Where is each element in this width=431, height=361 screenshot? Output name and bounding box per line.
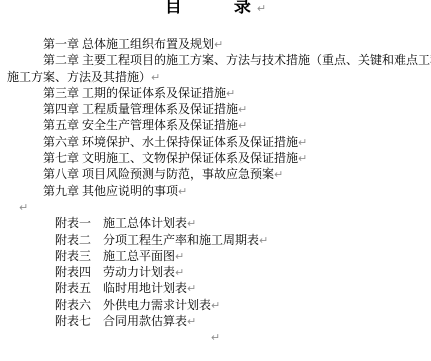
paragraph-mark-icon: ↵ (211, 299, 220, 312)
toc-line[interactable]: 附表五 临时用地计划表↵ (0, 280, 431, 296)
toc-line[interactable]: 第一章 总体施工组织布置及规划↵ (0, 36, 431, 52)
toc-line[interactable]: 附表三 施工总平面图↵ (0, 248, 431, 264)
toc-line[interactable]: 施工方案、方法及其措施）↵ (0, 69, 431, 85)
toc-line-text: 第四章 工程质量管理体系及保证措施 (43, 102, 238, 116)
toc-line-text: 第七章 文明施工、文物保护保证体系及保证措施 (43, 151, 298, 165)
toc-line[interactable]: 附表四 劳动力计划表↵ (0, 264, 431, 280)
paragraph-mark-icon: ↵ (151, 71, 160, 84)
toc-line[interactable]: 第五章 安全生产管理体系及保证措施↵ (0, 117, 431, 133)
paragraph-mark-icon: ↵ (211, 331, 220, 344)
paragraph-mark-icon: ↵ (257, 2, 266, 15)
document-page: 目 录↵ 第一章 总体施工组织布置及规划↵第二章 主要工程项目的施工方案、方法与… (0, 0, 431, 361)
toc-line-text: 第三章 工期的保证体系及保证措施 (43, 86, 226, 100)
toc-line-text: 附表七 合同用款估算表 (55, 314, 187, 328)
toc-line[interactable]: 第九章 其他应说明的事项↵ (0, 183, 431, 199)
paragraph-mark-icon: ↵ (214, 38, 223, 51)
toc-line-text: 第五章 安全生产管理体系及保证措施 (43, 118, 238, 132)
paragraph-mark-icon: ↵ (238, 119, 247, 132)
toc-line-text: 第二章 主要工程项目的施工方案、方法与技术措施（重点、关键和难点工程的 (43, 53, 431, 67)
toc-line[interactable]: 第八章 项目风险预测与防范，事故应急预案↵ (0, 166, 431, 182)
toc-line[interactable]: 第二章 主要工程项目的施工方案、方法与技术措施（重点、关键和难点工程的 (0, 52, 431, 68)
paragraph-mark-icon: ↵ (298, 152, 307, 165)
toc-line[interactable]: 附表二 分项工程生产率和施工周期表↵ (0, 232, 431, 248)
paragraph-mark-icon: ↵ (298, 136, 307, 149)
document-title[interactable]: 目 录↵ (0, 0, 431, 17)
paragraph-mark-icon: ↵ (19, 201, 28, 214)
toc-line-text: 第九章 其他应说明的事项 (43, 184, 178, 198)
toc-line-text: 附表六 外供电力需求计划表 (55, 298, 211, 312)
toc-lines: 第一章 总体施工组织布置及规划↵第二章 主要工程项目的施工方案、方法与技术措施（… (0, 36, 431, 346)
toc-line-text: 施工方案、方法及其措施） (7, 70, 151, 84)
paragraph-mark-icon: ↵ (274, 168, 283, 181)
paragraph-mark-icon: ↵ (187, 217, 196, 230)
toc-line[interactable]: ↵ (0, 329, 431, 345)
title-text: 目 录 (165, 0, 257, 16)
toc-line-text: 附表一 施工总体计划表 (55, 216, 187, 230)
paragraph-mark-icon: ↵ (178, 185, 187, 198)
toc-line[interactable]: 第三章 工期的保证体系及保证措施↵ (0, 85, 431, 101)
toc-line-text: 附表二 分项工程生产率和施工周期表 (55, 233, 259, 247)
toc-line-text: 附表三 施工总平面图 (55, 249, 175, 263)
paragraph-mark-icon: ↵ (238, 103, 247, 116)
toc-line-text: 附表四 劳动力计划表 (55, 265, 175, 279)
toc-line-text: 第八章 项目风险预测与防范，事故应急预案 (43, 167, 274, 181)
paragraph-mark-icon: ↵ (187, 315, 196, 328)
toc-line[interactable]: 第四章 工程质量管理体系及保证措施↵ (0, 101, 431, 117)
paragraph-mark-icon: ↵ (175, 250, 184, 263)
toc-line[interactable]: ↵ (0, 199, 431, 215)
toc-line-text: 附表五 临时用地计划表 (55, 281, 187, 295)
paragraph-mark-icon: ↵ (175, 266, 184, 279)
toc-line-text: 第一章 总体施工组织布置及规划 (43, 37, 214, 51)
toc-line-text: 第六章 环境保护、水土保持保证体系及保证措施 (43, 135, 298, 149)
paragraph-mark-icon: ↵ (259, 234, 268, 247)
toc-line[interactable]: 附表一 施工总体计划表↵ (0, 215, 431, 231)
toc-line[interactable]: 第六章 环境保护、水土保持保证体系及保证措施↵ (0, 134, 431, 150)
paragraph-mark-icon: ↵ (226, 87, 235, 100)
toc-line[interactable]: 第七章 文明施工、文物保护保证体系及保证措施↵ (0, 150, 431, 166)
paragraph-mark-icon: ↵ (187, 282, 196, 295)
toc-line[interactable]: 附表六 外供电力需求计划表↵ (0, 297, 431, 313)
toc-line[interactable]: 附表七 合同用款估算表↵ (0, 313, 431, 329)
